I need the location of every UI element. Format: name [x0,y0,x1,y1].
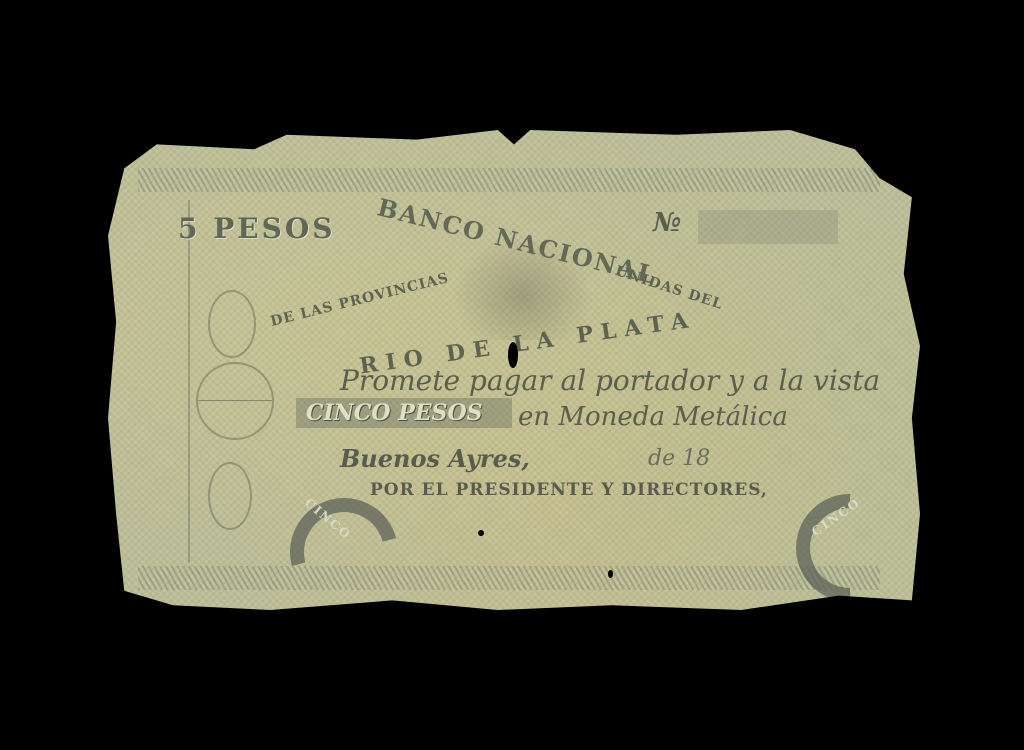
city-text: Buenos Ayres, [340,444,530,473]
left-oval-medallion-icon [208,290,256,358]
denomination-label: 5 PESOS [178,212,335,245]
coat-of-arms-seal-icon [196,362,274,440]
banknote: 5 PESOS BANCO NACIONAL № DE LAS PROVINCI… [108,130,920,610]
promise-text: Promete pagar al portador y a la vista [340,364,880,397]
top-guilloche-band [138,168,880,192]
amount-text: CINCO PESOS [306,400,483,426]
date-text: de 18 [648,446,710,471]
paper-hole [608,570,613,578]
bottom-guilloche-band [138,566,880,590]
signature-line-text: POR EL PRESIDENTE Y DIRECTORES, [370,480,768,500]
lower-oval-medallion-icon [208,462,252,530]
serial-number-field [698,210,838,244]
paper-hole [478,530,484,536]
paper-hole [508,342,518,368]
serial-number-label: № [653,208,681,238]
currency-text: en Moneda Metálica [518,402,788,432]
